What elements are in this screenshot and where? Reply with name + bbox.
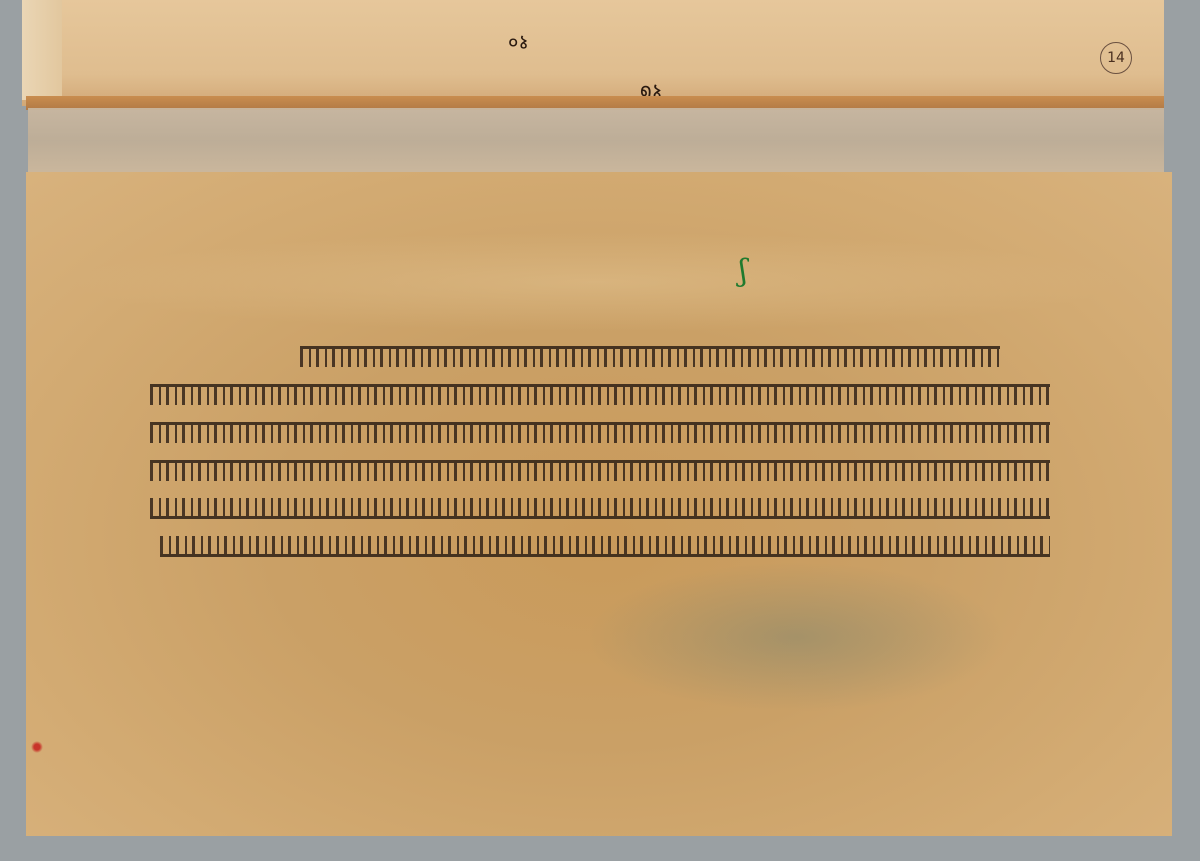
script-line xyxy=(150,452,1050,486)
script-line xyxy=(150,376,1050,410)
script-line xyxy=(150,338,1050,372)
script-line xyxy=(150,528,1050,562)
script-line xyxy=(150,490,1050,524)
water-stain xyxy=(586,562,1006,712)
circled-page-number: 14 xyxy=(1100,42,1132,74)
red-pigment-spot xyxy=(30,740,44,754)
folio-number-top: १० xyxy=(508,30,529,57)
torn-edge xyxy=(22,0,62,100)
repair-tape xyxy=(28,108,1164,174)
paper-highlight xyxy=(66,232,1126,332)
script-text-block xyxy=(150,338,1050,566)
green-ink-annotation: ʃ xyxy=(738,256,746,291)
script-line xyxy=(150,414,1050,448)
upper-leaf xyxy=(22,0,1164,106)
